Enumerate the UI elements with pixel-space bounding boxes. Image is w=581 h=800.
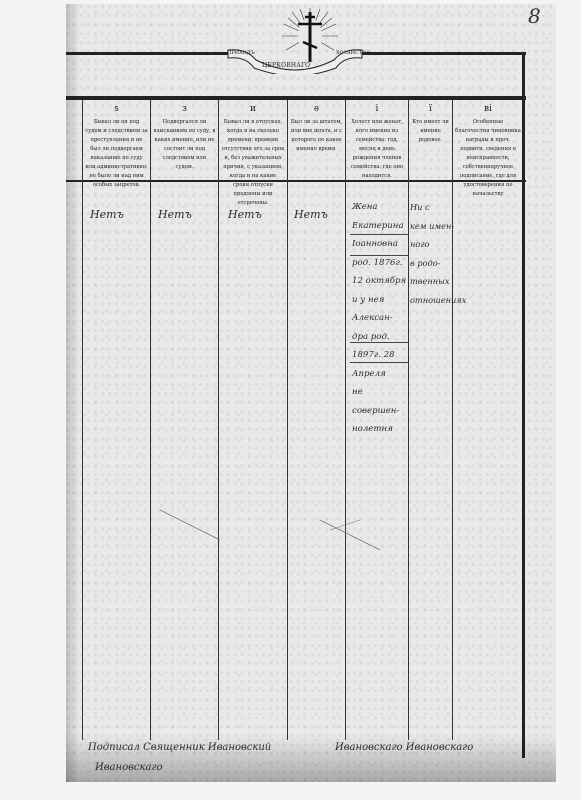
column-number: ї <box>411 104 450 114</box>
column-number: ві <box>455 104 521 114</box>
entry-line: нолетня <box>352 420 410 439</box>
column-header-6: ѕ Бывал ли он под судом и следствием за … <box>85 104 148 190</box>
column-number: з <box>153 104 216 114</box>
banner-top-line <box>66 52 228 55</box>
signature-line-2: Ивановскаго <box>95 762 163 773</box>
column-header-text: Холост или женат, кого именно из семейст… <box>348 118 406 181</box>
entry-line: род. 1876г. <box>352 254 410 273</box>
col-line-3 <box>287 100 288 740</box>
entry-underline <box>350 255 408 256</box>
entry-col-6: Нетъ <box>90 208 124 221</box>
entry-line: кем имен- <box>410 217 458 236</box>
entry-line: Ни с <box>410 198 458 217</box>
col-line-7 <box>522 100 525 758</box>
entry-line: дра род. <box>352 328 410 347</box>
column-header-text: Был ли за штатом, или вне штата, и с кот… <box>290 118 343 154</box>
column-header-7: з Подвергался ли взысканиям по суду, в к… <box>153 104 216 172</box>
col-line-1 <box>150 100 151 740</box>
column-header-10: і Холост или женат, кого именно из семей… <box>348 104 406 181</box>
column-header-9: ѳ Был ли за штатом, или вне штата, и с к… <box>290 104 343 154</box>
entry-underline <box>350 342 408 343</box>
banner-right-edge <box>522 52 525 98</box>
column-number: и <box>221 104 285 114</box>
entry-line: Іоанновна <box>352 235 410 254</box>
column-header-11: ї Кто имеет ли имение родовое. <box>411 104 450 145</box>
banner-top-line-right <box>362 52 526 55</box>
col-line-4 <box>345 100 346 740</box>
ribbon-text-center: ЦЕРКОВНАГО <box>262 62 310 69</box>
entry-line: в родо- <box>410 254 458 273</box>
ribbon-text-left: ПРИХОДЪ <box>227 50 255 56</box>
entry-col-7: Нетъ <box>158 208 192 221</box>
entry-col-11-estate: Ни с кем имен- ного в родо- твенных отно… <box>410 198 458 309</box>
column-header-text: Бывал ли он под судом и следствием за пр… <box>85 118 148 190</box>
column-number: ѳ <box>290 104 343 114</box>
entry-line: ного <box>410 235 458 254</box>
ribbon-text-right: ХОЗЯЙСТВА <box>336 50 370 56</box>
column-header-text: Подвергался ли взысканиям по суду, в как… <box>153 118 216 172</box>
column-header-12: ві Особенные благочестия чиновника награ… <box>455 104 521 199</box>
entry-line: и у нея <box>352 291 410 310</box>
banner-bottom-line <box>66 96 526 100</box>
page-number: 8 <box>528 4 541 28</box>
entry-col-8: Нетъ <box>228 208 262 221</box>
entry-line: Апреля <box>352 365 410 384</box>
col-line-2 <box>218 100 219 740</box>
column-number: і <box>348 104 406 114</box>
entry-line: Жена <box>352 198 410 217</box>
column-header-8: и Бывал ли в отпусках, когда и на скольк… <box>221 104 285 208</box>
column-header-text: Бывал ли в отпусках, когда и на сколько … <box>221 118 285 208</box>
entry-line: отношениях <box>410 291 458 310</box>
column-number: ѕ <box>85 104 148 114</box>
col-line-0 <box>82 100 83 740</box>
entry-col-9: Нетъ <box>294 208 328 221</box>
entry-line: Екатерина <box>352 217 410 236</box>
signature-line-1-part2: Ивановскаго Ивановскаго <box>335 742 473 753</box>
column-header-text: Особенные благочестия чиновника награды … <box>455 118 521 199</box>
entry-underline <box>350 234 408 235</box>
entry-line: не совершен- <box>352 383 410 420</box>
entry-underline <box>350 362 408 363</box>
signature-line-1: Подписал Священник Ивановский <box>88 742 271 753</box>
entry-line: 12 октября <box>352 272 410 291</box>
stray-pen-marks <box>150 490 400 570</box>
entry-line: твенных <box>410 272 458 291</box>
column-header-text: Кто имеет ли имение родовое. <box>411 118 450 145</box>
page-edge-shadow <box>66 4 80 782</box>
entry-line: Алексан- <box>352 309 410 328</box>
col-line-6 <box>452 100 453 740</box>
